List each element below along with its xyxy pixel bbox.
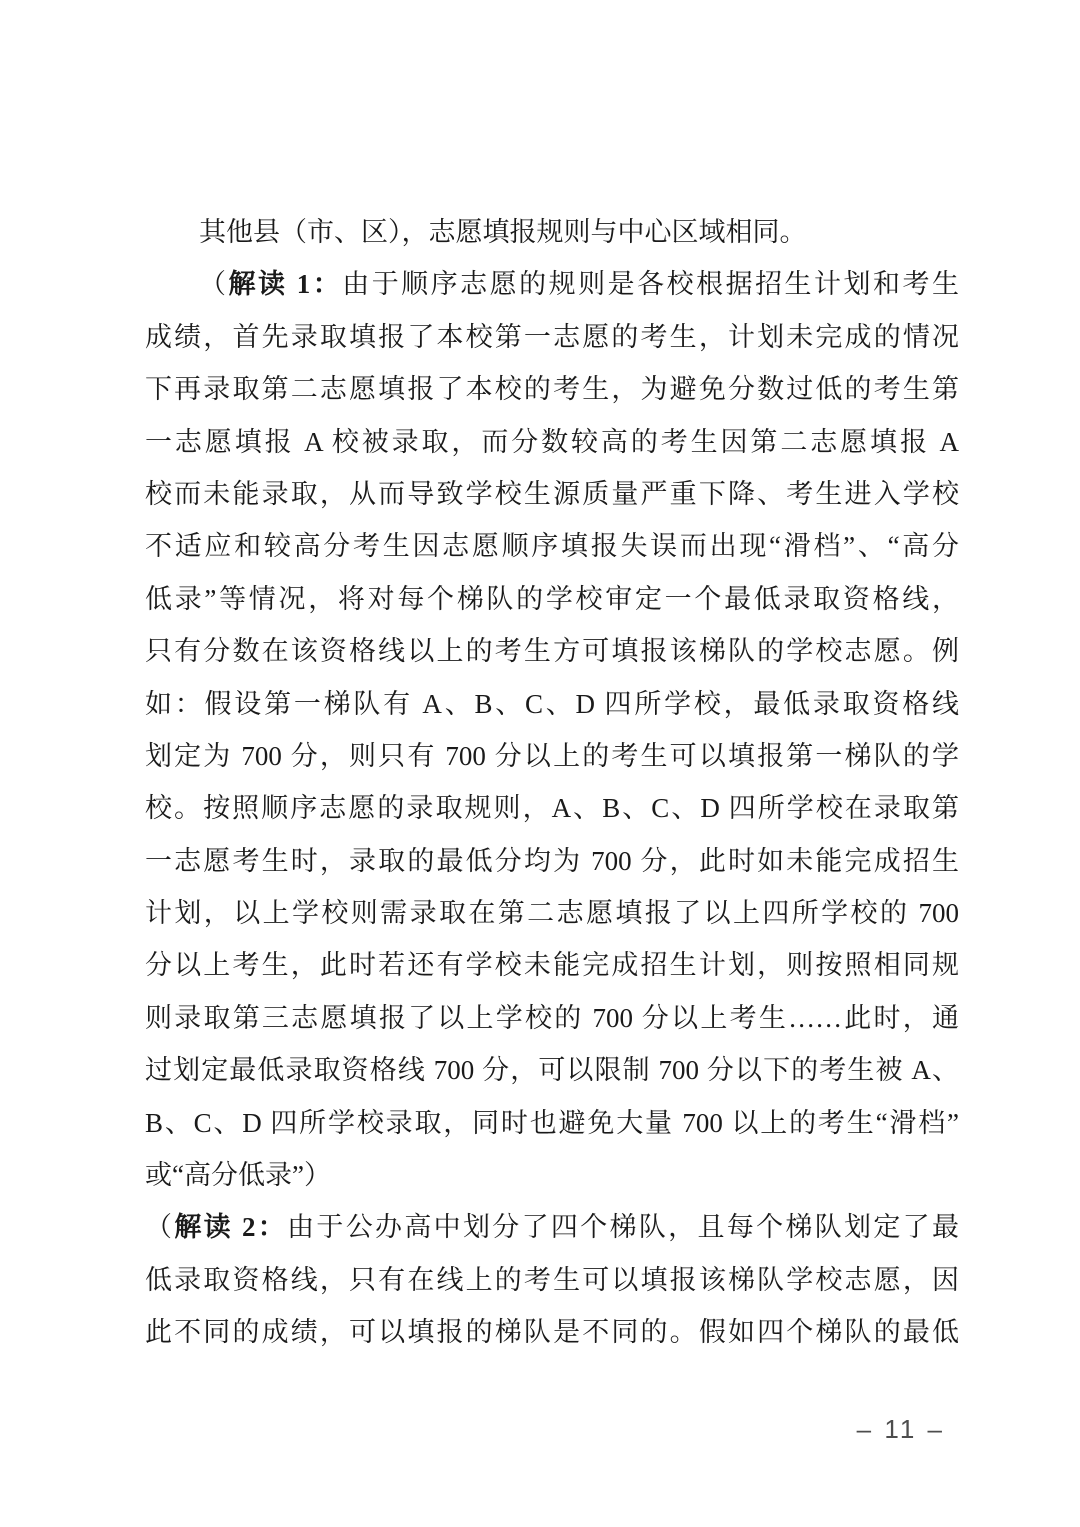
body-text: 计划，以上学校则需录取在第二志愿填报了以上四所学校的 700	[145, 898, 959, 928]
text-line: 计划，以上学校则需录取在第二志愿填报了以上四所学校的 700	[145, 887, 959, 939]
text-line: 校。按照顺序志愿的录取规则，A、B、C、D 四所学校在录取第	[145, 782, 959, 834]
text-line: 其他县（市、区），志愿填报规则与中心区域相同。	[145, 206, 959, 258]
body-text: 其他县（市、区），志愿填报规则与中心区域相同。	[199, 217, 807, 247]
document-body: 其他县（市、区），志愿填报规则与中心区域相同。（解读 1：由于顺序志愿的规则是各…	[145, 206, 959, 1359]
text-line: 校而未能录取，从而导致学校生源质量严重下降、考生进入学校	[145, 468, 959, 520]
body-text: 分以上考生，此时若还有学校未能完成招生计划，则按照相同规	[145, 950, 959, 980]
text-line: 过划定最低录取资格线 700 分，可以限制 700 分以下的考生被 A、	[145, 1044, 959, 1096]
body-text: 则录取第三志愿填报了以上学校的 700 分以上考生……此时，通	[145, 1003, 959, 1033]
emphasis-text: 解读 1：	[229, 269, 343, 299]
body-text: 低录”等情况，将对每个梯队的学校审定一个最低录取资格线，	[145, 584, 959, 614]
text-line: 此不同的成绩，可以填报的梯队是不同的。假如四个梯队的最低	[145, 1306, 959, 1358]
body-text: 一志愿填报 A 校被录取，而分数较高的考生因第二志愿填报 A	[145, 427, 959, 457]
text-line: 划定为 700 分，则只有 700 分以上的考生可以填报第一梯队的学	[145, 730, 959, 782]
body-text: 校而未能录取，从而导致学校生源质量严重下降、考生进入学校	[145, 479, 959, 509]
text-line: 成绩，首先录取填报了本校第一志愿的考生，计划未完成的情况	[145, 311, 959, 363]
text-line: （解读 1：由于顺序志愿的规则是各校根据招生计划和考生	[145, 258, 959, 310]
emphasis-text: 解读 2：	[174, 1212, 287, 1242]
body-text: 过划定最低录取资格线 700 分，可以限制 700 分以下的考生被 A、	[145, 1055, 959, 1085]
body-text: 由于顺序志愿的规则是各校根据招生计划和考生	[342, 269, 959, 299]
body-text: 低录取资格线，只有在线上的考生可以填报该梯队学校志愿，因	[145, 1265, 959, 1295]
text-line: 一志愿填报 A 校被录取，而分数较高的考生因第二志愿填报 A	[145, 416, 959, 468]
body-text: 如：假设第一梯队有 A、B、C、D 四所学校，最低录取资格线	[145, 689, 959, 719]
text-line: 低录”等情况，将对每个梯队的学校审定一个最低录取资格线，	[145, 573, 959, 625]
body-text: B、C、D 四所学校录取，同时也避免大量 700 以上的考生“滑档”	[145, 1108, 959, 1138]
body-text: 此不同的成绩，可以填报的梯队是不同的。假如四个梯队的最低	[145, 1317, 959, 1347]
text-line: 低录取资格线，只有在线上的考生可以填报该梯队学校志愿，因	[145, 1254, 959, 1306]
text-line: 如：假设第一梯队有 A、B、C、D 四所学校，最低录取资格线	[145, 678, 959, 730]
body-text: 不适应和较高分考生因志愿顺序填报失误而出现“滑档”、“高分	[145, 531, 959, 561]
body-text: 校。按照顺序志愿的录取规则，A、B、C、D 四所学校在录取第	[145, 793, 959, 823]
body-text: 或“高分低录”）	[145, 1160, 331, 1190]
body-text: 由于公办高中划分了四个梯队，且每个梯队划定了最	[287, 1212, 959, 1242]
text-line: B、C、D 四所学校录取，同时也避免大量 700 以上的考生“滑档”	[145, 1097, 959, 1149]
text-line: 分以上考生，此时若还有学校未能完成招生计划，则按照相同规	[145, 939, 959, 991]
body-text: 只有分数在该资格线以上的考生方可填报该梯队的学校志愿。例	[145, 636, 959, 666]
text-line: 不适应和较高分考生因志愿顺序填报失误而出现“滑档”、“高分	[145, 520, 959, 572]
document-page: 其他县（市、区），志愿填报规则与中心区域相同。（解读 1：由于顺序志愿的规则是各…	[0, 0, 1080, 1527]
text-line: （解读 2：由于公办高中划分了四个梯队，且每个梯队划定了最	[145, 1201, 959, 1253]
text-line: 只有分数在该资格线以上的考生方可填报该梯队的学校志愿。例	[145, 625, 959, 677]
text-line: 或“高分低录”）	[145, 1149, 959, 1201]
text-line: 则录取第三志愿填报了以上学校的 700 分以上考生……此时，通	[145, 992, 959, 1044]
text-line: 下再录取第二志愿填报了本校的考生，为避免分数过低的考生第	[145, 363, 959, 415]
body-text: 划定为 700 分，则只有 700 分以上的考生可以填报第一梯队的学	[145, 741, 959, 771]
page-number: – 11 –	[857, 1414, 945, 1445]
text-line: 一志愿考生时，录取的最低分均为 700 分，此时如未能完成招生	[145, 835, 959, 887]
body-text: 下再录取第二志愿填报了本校的考生，为避免分数过低的考生第	[145, 374, 959, 404]
body-text: 成绩，首先录取填报了本校第一志愿的考生，计划未完成的情况	[145, 322, 959, 352]
body-text: 一志愿考生时，录取的最低分均为 700 分，此时如未能完成招生	[145, 846, 959, 876]
body-text: （	[145, 1212, 174, 1242]
body-text: （	[199, 269, 229, 299]
